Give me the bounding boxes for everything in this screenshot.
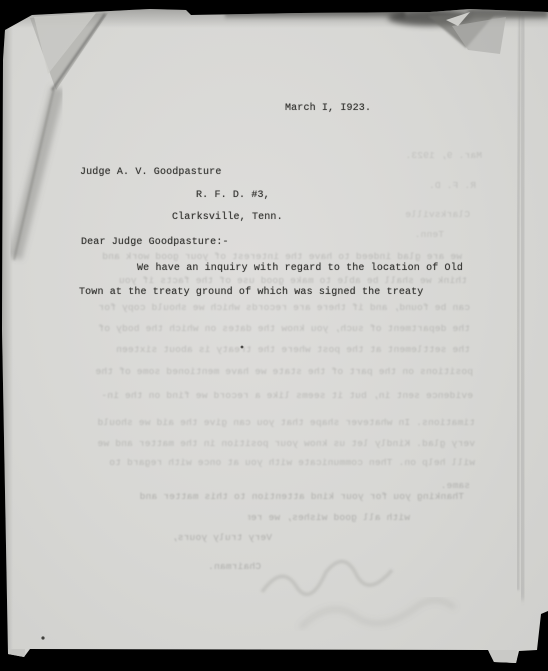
left-diagonal-crease-shadow xyxy=(15,88,58,258)
bleed-through-line: the settlement at the post where the tre… xyxy=(55,344,470,355)
bottom-right-sheet-step xyxy=(489,650,517,663)
bottom-left-sheet-step xyxy=(8,649,25,658)
ink-speck xyxy=(241,346,244,349)
recipient-name: Judge A. V. Goodpasture xyxy=(80,167,221,178)
bleed-through-line: positions on the part of the state we ha… xyxy=(55,366,473,377)
handwriting-impression xyxy=(300,600,455,628)
edge-speck xyxy=(528,2,542,5)
bleed-through-fragment: Clarksville xyxy=(404,209,470,220)
bleed-through-line: very glad. Kindly let us know your posit… xyxy=(55,438,475,449)
bleed-through-fragment: Mar. 9, 1923. xyxy=(402,150,482,161)
bleed-through-fragment: R. F. D. xyxy=(408,180,476,191)
creases-and-folds-overlay xyxy=(0,0,548,671)
bleed-through-line: the department of such, you know the dat… xyxy=(55,323,470,334)
bleed-through-line: same. xyxy=(425,480,470,491)
letter-date: March I, I923. xyxy=(285,103,371,114)
recipient-city: Clarksville, Tenn. xyxy=(172,212,283,223)
bleed-through-line: Chairman. xyxy=(197,561,261,572)
bleed-through-fragment: Tenn. xyxy=(400,229,444,240)
bleed-through-line: will help on. Then communicate with you … xyxy=(55,457,475,468)
bleed-through-block: we are glad indeed to have the interest … xyxy=(0,0,548,671)
bleed-through-line: we are glad indeed to have the interest … xyxy=(60,251,462,262)
left-edge-shadow xyxy=(2,28,13,650)
bleed-through-line: can be found, and if there are records w… xyxy=(55,302,470,313)
top-edge-smudge xyxy=(225,11,405,20)
left-diagonal-crease xyxy=(14,88,54,260)
top-edge-dark-stain xyxy=(388,10,472,26)
bleed-through-line: timations. In whatever shape that you ca… xyxy=(55,417,475,428)
bleed-through-line: think we shall be able to make good use … xyxy=(55,275,467,286)
handwriting-impression xyxy=(262,561,392,594)
salutation: Dear Judge Goodpasture:- xyxy=(81,237,229,248)
top-right-stain xyxy=(468,9,548,18)
right-vertical-crease xyxy=(518,10,520,590)
scan-background: we are glad indeed to have the interest … xyxy=(0,0,548,671)
ink-speck xyxy=(41,636,44,639)
body-line: We have an inquiry with regard to the lo… xyxy=(137,263,463,274)
bleed-through-line: Thanking you for your kind attention to … xyxy=(58,491,464,502)
bleed-through-line: evidence sent in, but it seems like a re… xyxy=(55,390,473,401)
bleed-through-line: with all good wishes, we remain xyxy=(248,512,410,523)
bleed-through-line: Very truly yours, xyxy=(172,532,272,543)
letter-paper: we are glad indeed to have the interest … xyxy=(0,0,548,671)
body-line: Town at the treaty ground of which was s… xyxy=(79,287,423,298)
right-crease-shadow xyxy=(522,10,524,600)
recipient-address: R. F. D. #3, xyxy=(196,190,270,201)
